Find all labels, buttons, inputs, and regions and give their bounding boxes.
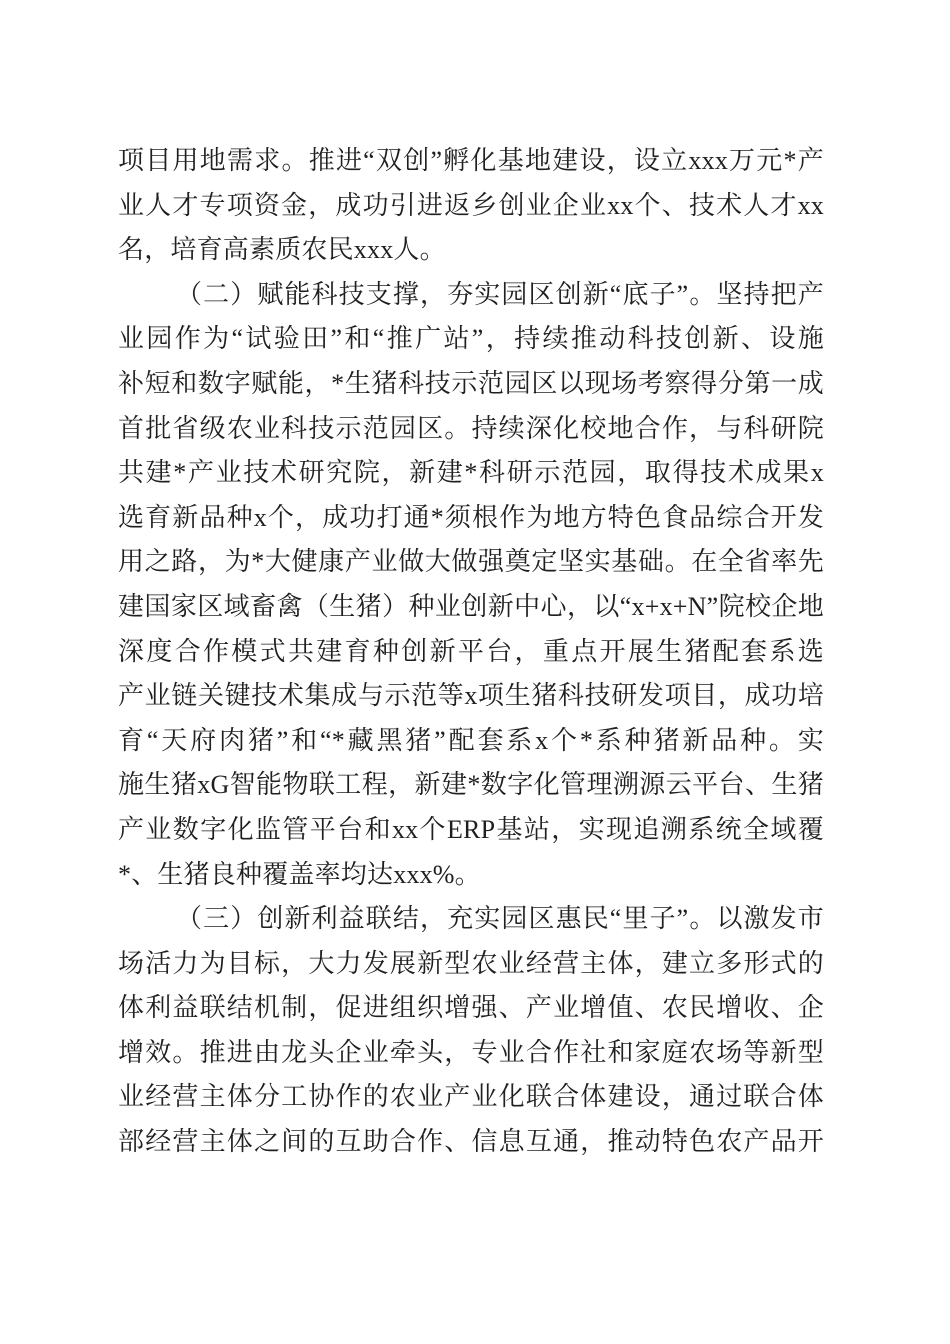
text-line: 共建*产业技术研究院，新建*科研示范园，取得技术成果x项， (118, 451, 824, 496)
text-line: 项目用地需求。推进“双创”孵化基地建设，设立xxx万元*产 (118, 139, 824, 184)
text-line: 部经营主体之间的互助合作、信息互通，推动特色农产品开发， (118, 1120, 824, 1165)
text-line: 用之路，为*大健康产业做大做强奠定坚实基础。在全省率先创 (118, 540, 824, 585)
text-line: 增效。推进由龙头企业牵头，专业合作社和家庭农场等新型农 (118, 1031, 824, 1076)
paragraph-continuation: 项目用地需求。推进“双创”孵化基地建设，设立xxx万元*产 业人才专项资金，成功… (118, 139, 824, 273)
text-line: 首批省级农业科技示范园区。持续深化校地合作，与科研院所 (118, 407, 824, 452)
text-line: 产业链关键技术集成与示范等x项生猪科技研发项目，成功培 (118, 674, 824, 719)
text-line: 业经营主体分工协作的农业产业化联合体建设，通过联合体内 (118, 1075, 824, 1120)
text-line: 选育新品种x个，成功打通*须根作为地方特色食品综合开发利 (118, 496, 824, 541)
document-page: 项目用地需求。推进“双创”孵化基地建设，设立xxx万元*产 业人才专项资金，成功… (0, 0, 950, 1344)
text-line: 建国家区域畜禽（生猪）种业创新中心，以“x+x+N”院校企地 (118, 585, 824, 630)
section-paragraph-2: （二）赋能科技支撑，夯实园区创新“底子”。坚持把产 业园作为“试验田”和“推广站… (118, 273, 824, 897)
section-heading-line: （二）赋能科技支撑，夯实园区创新“底子”。坚持把产 (118, 273, 824, 318)
text-line: 育“天府肉猪”和“*藏黑猪”配套系x个*系种猪新品种。实 (118, 719, 824, 764)
text-line: 业园作为“试验田”和“推广站”，持续推动科技创新、设施 (118, 317, 824, 362)
text-line: *、生猪良种覆盖率均达xxx%。 (118, 853, 824, 898)
text-line: 补短和数字赋能，*生猪科技示范园区以现场考察得分第一成为 (118, 362, 824, 407)
text-line: 名，培育高素质农民xxx人。 (118, 228, 824, 273)
text-line: 产业数字化监管平台和xx个ERP基站，实现追溯系统全域覆盖， (118, 808, 824, 853)
text-line: 深度合作模式共建育种创新平台，重点开展生猪配套系选育、 (118, 630, 824, 675)
text-line: 场活力为目标，大力发展新型农业经营主体，建立多形式的主 (118, 942, 824, 987)
text-line: 业人才专项资金，成功引进返乡创业企业xx个、技术人才xx (118, 184, 824, 229)
text-line: 体利益联结机制，促进组织增强、产业增值、农民增收、企业 (118, 986, 824, 1031)
section-heading-line: （三）创新利益联结，充实园区惠民“里子”。以激发市 (118, 897, 824, 942)
section-paragraph-3: （三）创新利益联结，充实园区惠民“里子”。以激发市 场活力为目标，大力发展新型农… (118, 897, 824, 1165)
text-line: 施生猪xG智能物联工程，新建*数字化管理溯源云平台、生猪 (118, 763, 824, 808)
